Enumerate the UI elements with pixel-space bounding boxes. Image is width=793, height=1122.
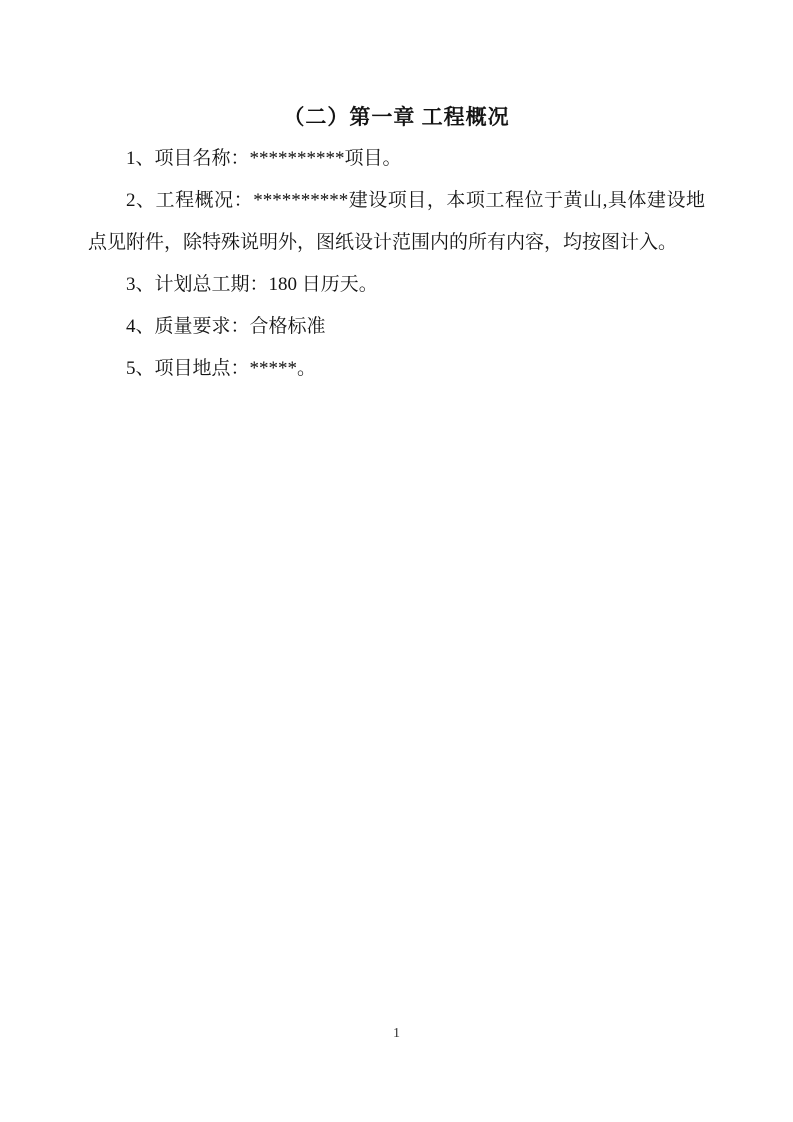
- paragraph-project-location: 5、项目地点：*****。: [88, 348, 705, 390]
- document-body: （二）第一章 工程概况 1、项目名称：**********项目。 2、工程概况：…: [88, 96, 705, 390]
- paragraph-project-overview: 2、工程概况：**********建设项目，本项工程位于黄山,具体建设地点见附件…: [88, 180, 705, 264]
- page-footer: 1: [0, 1024, 793, 1044]
- paragraph-planned-duration: 3、计划总工期：180 日历天。: [88, 264, 705, 306]
- document-page: （二）第一章 工程概况 1、项目名称：**********项目。 2、工程概况：…: [0, 0, 793, 1122]
- paragraph-project-name: 1、项目名称：**********项目。: [88, 138, 705, 180]
- document-title: （二）第一章 工程概况: [88, 96, 705, 138]
- page-number: 1: [393, 1026, 400, 1041]
- paragraph-quality-requirement: 4、质量要求：合格标准: [88, 306, 705, 348]
